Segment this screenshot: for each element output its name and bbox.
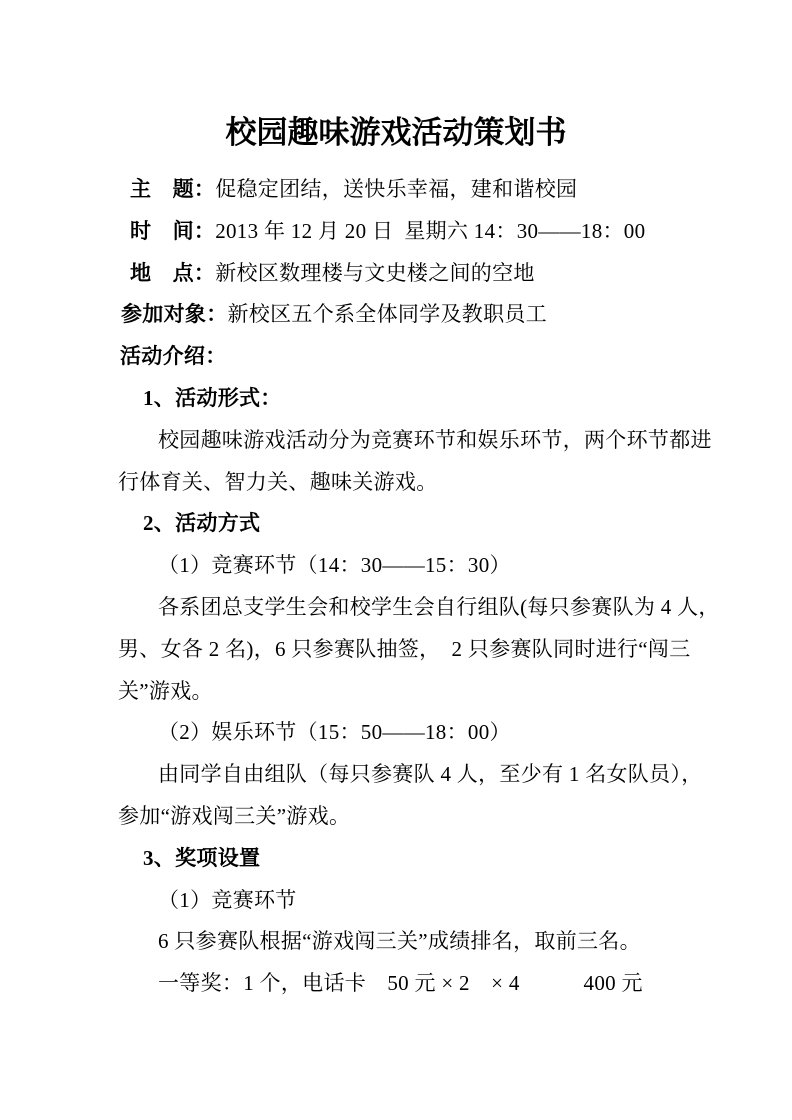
paragraph-line: 男、女各 2 名)，6 只参赛队抽签， 2 只参赛队同时进行“闯三 [0,629,792,671]
document-body: 主 题：促稳定团结，送快乐幸福，建和谐校园 时 间：2013 年 12 月 20… [0,169,792,1005]
paragraph-line: 参加“游戏闯三关”游戏。 [0,796,792,838]
field-value: 新校区五个系全体同学及教职员工 [228,302,548,326]
meta-line-time: 时 间：2013 年 12 月 20 日 星期六 14：30——18：00 [0,211,792,253]
field-value: 促稳定团结，送快乐幸福，建和谐校园 [215,177,577,201]
field-label: 地 点： [130,261,215,285]
paragraph-line: 6 只参赛队根据“游戏闯三关”成绩排名，取前三名。 [0,921,792,963]
field-label: 时 间： [130,219,215,243]
paragraph-line-first-prize: 一等奖：1 个，电话卡 50 元 × 2 × 4 400 元 [0,963,792,1005]
paragraph-line: 校园趣味游戏活动分为竞赛环节和娱乐环节，两个环节都进 [0,420,792,462]
meta-line-theme: 主 题：促稳定团结，送快乐幸福，建和谐校园 [0,169,792,211]
paragraph-line: 行体育关、智力关、趣味关游戏。 [0,462,792,504]
subitem-competition: （1）竞赛环节（14：30——15：30） [0,545,792,587]
field-value: 2013 年 12 月 20 日 星期六 14：30——18：00 [215,219,645,243]
paragraph-line: 关”游戏。 [0,671,792,713]
field-label: 主 题： [130,177,215,201]
field-label: 参加对象： [121,302,228,326]
heading-activity-format: 1、活动形式： [0,378,792,420]
subitem-entertainment: （2）娱乐环节（15：50——18：00） [0,712,792,754]
document-page: 校园趣味游戏活动策划书 主 题：促稳定团结，送快乐幸福，建和谐校园 时 间：20… [0,0,792,1120]
paragraph-line: 各系团总支学生会和校学生会自行组队(每只参赛队为 4 人， [0,587,792,629]
heading-awards: 3、奖项设置 [0,838,792,880]
meta-line-participants: 参加对象：新校区五个系全体同学及教职员工 [0,294,792,336]
paragraph-line: 由同学自由组队（每只参赛队 4 人，至少有 1 名女队员）， [0,754,792,796]
heading-activity-method: 2、活动方式 [0,503,792,545]
subitem-competition-awards: （1）竞赛环节 [0,880,792,922]
meta-line-place: 地 点：新校区数理楼与文史楼之间的空地 [0,253,792,295]
document-title: 校园趣味游戏活动策划书 [0,106,792,160]
section-intro-heading: 活动介绍： [0,336,792,378]
field-value: 新校区数理楼与文史楼之间的空地 [215,261,535,285]
